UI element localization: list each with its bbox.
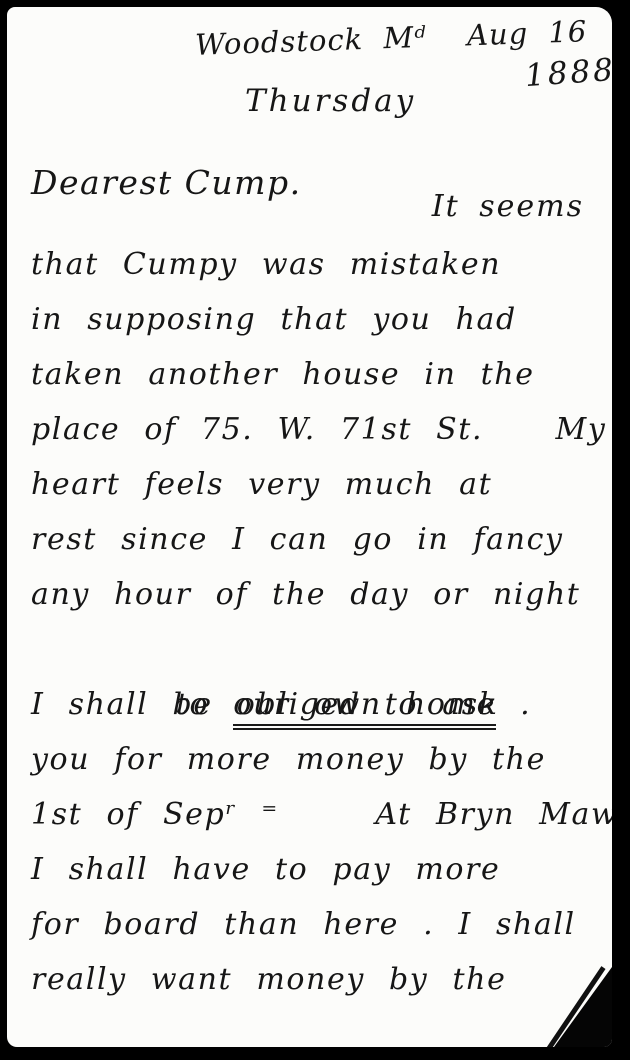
letter-line: taken another house in the — [31, 347, 598, 402]
letter-line: for board than here . I shall — [31, 897, 598, 952]
heading-day: Thursday — [245, 83, 416, 119]
salutation-row: Dearest Cump. It seems — [31, 157, 598, 237]
letter-line: I shall have to pay more — [31, 842, 598, 897]
letter-line: in supposing that you had — [31, 292, 598, 347]
salutation: Dearest Cump. — [31, 157, 302, 202]
letter-line: you for more money by the — [31, 732, 598, 787]
letter-line-underlined-home: to our own home . — [31, 622, 598, 677]
letter-line: any hour of the day or night — [31, 567, 598, 622]
opening-phrase: It seems — [432, 157, 584, 224]
letter-line: 1st of Sepʳ ⁼ At Bryn Mawr — [31, 787, 598, 842]
heading-place-date: Woodstock Mᵈ Aug 16 — [195, 14, 588, 62]
letter-line: heart feels very much at — [31, 457, 598, 512]
letter-line: really want money by the — [31, 952, 598, 1007]
letter-page: Woodstock Mᵈ Aug 16 1888 Thursday Deares… — [7, 7, 612, 1047]
letter-line: that Cumpy was mistaken — [31, 237, 598, 292]
letter-heading: Woodstock Mᵈ Aug 16 1888 Thursday — [7, 7, 612, 157]
letter-body: Dearest Cump. It seems that Cumpy was mi… — [7, 157, 612, 1007]
letter-line: place of 75. W. 71st St. My — [31, 402, 598, 457]
home-line-suffix: . — [496, 687, 531, 722]
letter-line: rest since I can go in fancy — [31, 512, 598, 567]
scanned-letter-background: { "document": { "kind": "handwritten-let… — [0, 0, 630, 1060]
heading-year: 1888 — [524, 52, 612, 94]
